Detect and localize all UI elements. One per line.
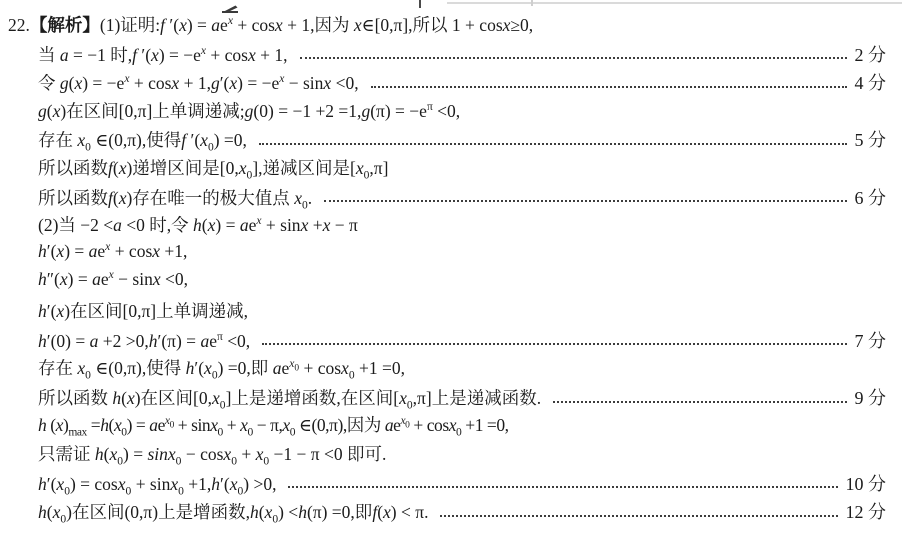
score-label: 5 分 <box>855 126 887 152</box>
solution-line: 22.【解析】(1)证明:f ′(x) = aex + cosx + 1,因为 … <box>0 12 886 41</box>
solution-line: h′(x)在区间[0,π]上单调递减, <box>0 298 886 327</box>
solution-line: 所以函数f(x)递增区间是[0,x0],递减区间是[x0,π] <box>0 155 886 184</box>
solution-line: h″(x) = aex − sinx <0, <box>0 269 886 298</box>
math-text: g(x)在区间[0,π]上单调递减;g(0) = −1 +2 =1,g(π) =… <box>38 98 460 123</box>
solution-line: 所以函数 h(x)在区间[0,x0]上是递增函数,在区间[x0,π]上是递减函数… <box>0 384 886 413</box>
solution-line: g(x)在区间[0,π]上单调递减;g(0) = −1 +2 =1,g(π) =… <box>0 98 886 127</box>
math-text: h(x0)在区间(0,π)上是增函数,h(x0) <h(π) =0,即f(x) … <box>38 499 428 524</box>
solution-lines: 22.【解析】(1)证明:f ′(x) = aex + cosx + 1,因为 … <box>0 0 902 544</box>
solution-line: 只需证 h(x0) = sinx0 − cosx0 + x0 −1 − π <0… <box>0 441 886 470</box>
math-text: 存在 x0 ∈(0,π),使得 h′(x0) =0,即 aex0 + cosx0… <box>38 355 405 380</box>
math-text: 当 a = −1 时,f ′(x) = −ex + cosx + 1, <box>38 42 288 67</box>
solution-line: 当 a = −1 时,f ′(x) = −ex + cosx + 1,2 分 <box>0 41 886 70</box>
math-text: h″(x) = aex − sinx <0, <box>38 269 188 290</box>
dotted-leader <box>300 57 847 59</box>
score-label: 7 分 <box>855 327 887 353</box>
math-text: 所以函数 h(x)在区间[0,x0]上是递增函数,在区间[x0,π]上是递减函数… <box>38 385 541 410</box>
math-text: h′(x) = aex + cosx +1, <box>38 241 187 262</box>
solution-line: 存在 x0 ∈(0,π),使得 h′(x0) =0,即 aex0 + cosx0… <box>0 355 886 384</box>
dotted-leader <box>371 86 847 88</box>
math-text: 所以函数f(x)存在唯一的极大值点 x0. <box>38 185 312 210</box>
math-text: (2)当 −2 <a <0 时,令 h(x) = aex + sinx +x −… <box>38 212 358 237</box>
score-label: 6 分 <box>855 184 887 210</box>
score-label: 4 分 <box>855 69 887 95</box>
solution-line: h (x)max =h(x0) = aex0 + sinx0 + x0 − π,… <box>0 412 886 441</box>
solution-line: h′(x) = aex + cosx +1, <box>0 241 886 270</box>
score-label: 2 分 <box>855 41 887 67</box>
dotted-leader <box>440 515 837 517</box>
solution-line: 令 g(x) = −ex + cosx + 1,g′(x) = −ex − si… <box>0 69 886 98</box>
math-text: 只需证 h(x0) = sinx0 − cosx0 + x0 −1 − π <0… <box>38 441 386 466</box>
score-label: 12 分 <box>846 498 887 524</box>
solution-line: 存在 x0 ∈(0,π),使得f ′(x0) =0,5 分 <box>0 126 886 155</box>
solution-line: (2)当 −2 <a <0 时,令 h(x) = aex + sinx +x −… <box>0 212 886 241</box>
math-text: 22.【解析】(1)证明:f ′(x) = aex + cosx + 1,因为 … <box>8 12 533 37</box>
dotted-leader <box>288 486 837 488</box>
score-label: 9 分 <box>855 384 887 410</box>
dotted-leader <box>262 343 846 345</box>
dotted-leader <box>324 200 846 202</box>
math-text: h′(0) = a +2 >0,h′(π) = aeπ <0, <box>38 331 250 352</box>
math-text: h (x)max =h(x0) = aex0 + sinx0 + x0 − π,… <box>38 412 509 437</box>
dotted-leader <box>259 143 847 145</box>
score-label: 10 分 <box>846 470 887 496</box>
solution-line: h(x0)在区间(0,π)上是增函数,h(x0) <h(π) =0,即f(x) … <box>0 498 886 527</box>
math-text: 存在 x0 ∈(0,π),使得f ′(x0) =0, <box>38 127 247 152</box>
document-page: { "page": { "background": "#ffffff", "in… <box>0 0 902 544</box>
dotted-leader <box>553 401 846 403</box>
math-text: 所以函数f(x)递增区间是[0,x0],递减区间是[x0,π] <box>38 155 388 180</box>
solution-line: h′(x0) = cosx0 + sinx0 +1,h′(x0) >0,10 分 <box>0 470 886 499</box>
math-text: 令 g(x) = −ex + cosx + 1,g′(x) = −ex − si… <box>38 70 359 95</box>
solution-line: h′(0) = a +2 >0,h′(π) = aeπ <0,7 分 <box>0 327 886 356</box>
math-text: h′(x)在区间[0,π]上单调递减, <box>38 298 248 323</box>
solution-line: 所以函数f(x)存在唯一的极大值点 x0.6 分 <box>0 184 886 213</box>
math-text: h′(x0) = cosx0 + sinx0 +1,h′(x0) >0, <box>38 474 276 495</box>
